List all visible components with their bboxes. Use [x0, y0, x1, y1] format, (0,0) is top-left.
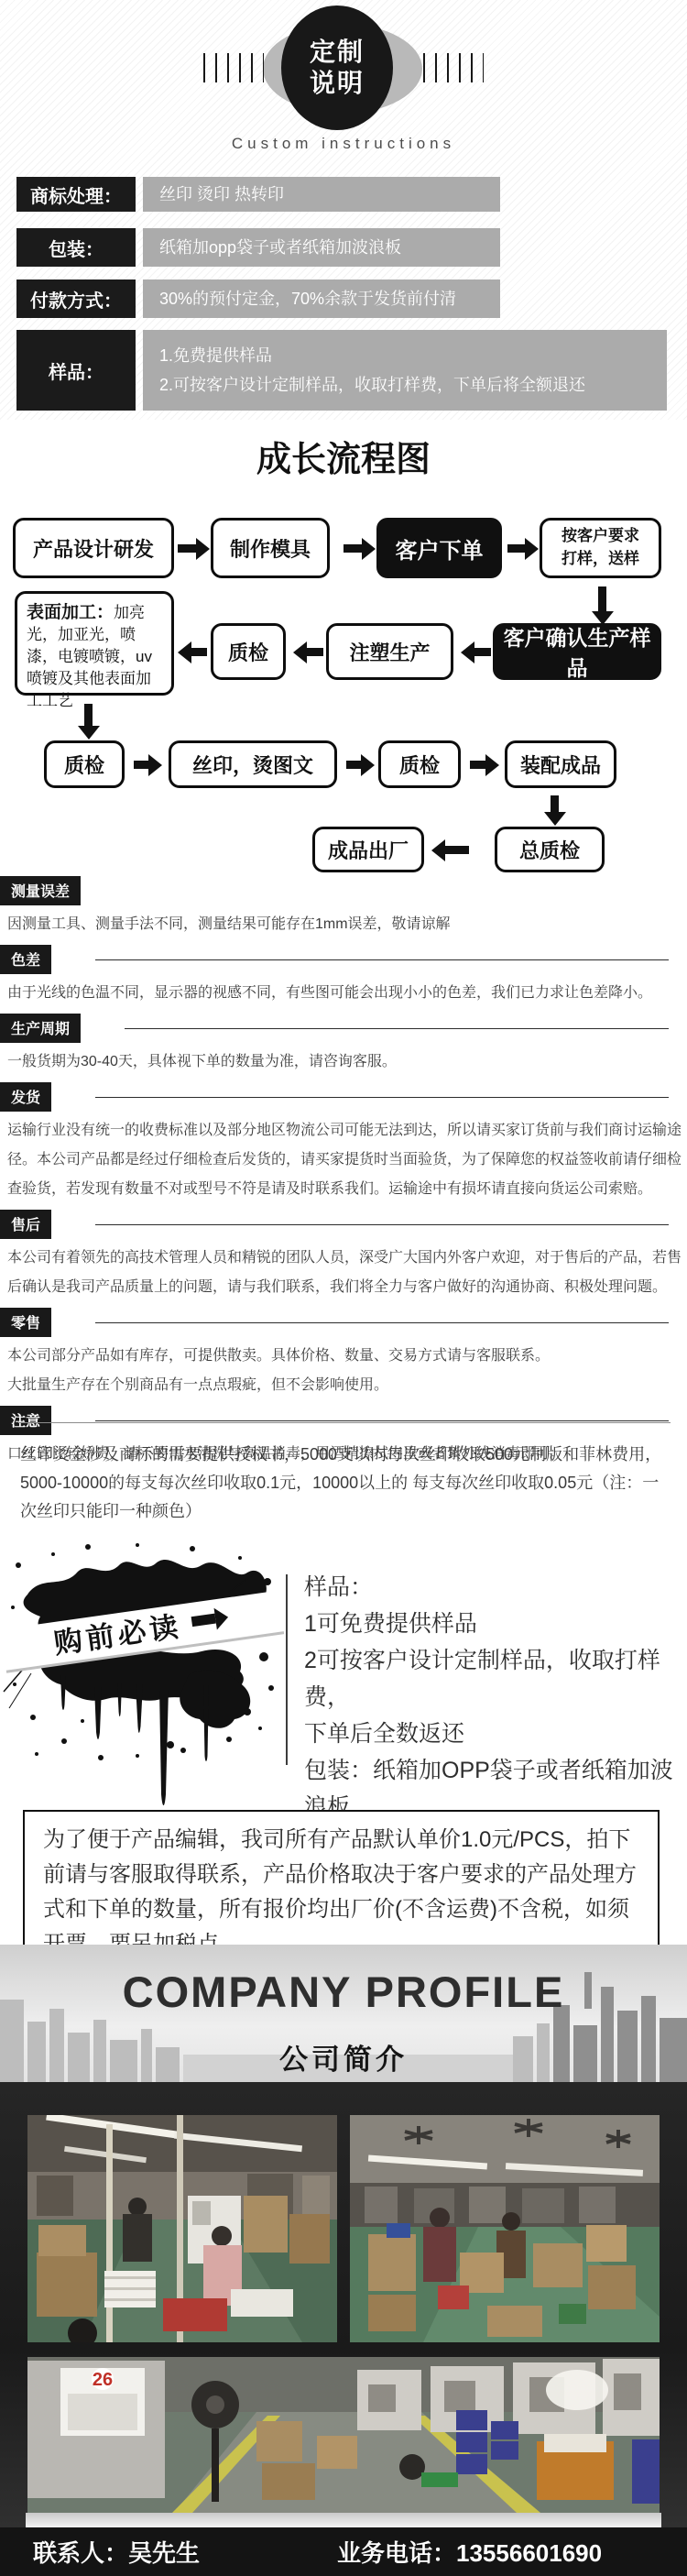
section-aftersale: 售后 本公司有着领先的高技术管理人员和精锐的团队人员，深受广大国内外客户欢迎，对…	[0, 1210, 687, 1302]
flow-node-mold: 制作模具	[211, 518, 330, 578]
vertical-divider	[286, 1574, 288, 1765]
arrow-down-icon	[84, 704, 93, 726]
flow-node-assemble: 装配成品	[505, 740, 616, 788]
product-detail-page: 定制 说明 Custom instructions 商标处理： 丝印 烫印 热转…	[0, 0, 687, 2576]
company-profile-banner: COMPANY PROFILE 公司简介	[0, 1945, 687, 2094]
spec-row-sample: 样品： 1.免费提供样品 2.可按客户设计定制样品，收取打样费，下单后将全额退还	[16, 330, 667, 411]
section-rule	[125, 891, 669, 892]
section-title: 测量误差	[0, 876, 81, 905]
section-body: 本公司部分产品如有库存，可提供散卖。具体价格、数量、交易方式请与客服联系。 大批…	[7, 1342, 687, 1400]
section-measure: 测量误差 因测量工具、测量手法不同，测量结果可能存在1mm误差，敬请谅解	[0, 876, 687, 939]
section-rule	[95, 1097, 669, 1098]
section-body: 运输行业没有统一的收费标准以及部分地区物流公司可能无法到达，所以请买家订货前与我…	[7, 1116, 687, 1204]
silk-print-fee-note: 丝印烫金涉及商标的需要提供授权书，5000支以内每次丝印收取500元制版和菲林费…	[20, 1441, 671, 1526]
notice-sections: 测量误差 因测量工具、测量手法不同，测量结果可能存在1mm误差，敬请谅解 色差 …	[0, 876, 687, 1474]
section-title: 发货	[0, 1082, 51, 1112]
arrow-left-icon	[191, 648, 207, 656]
section-retail: 零售 本公司部分产品如有库存，可提供散卖。具体价格、数量、交易方式请与客服联系。…	[0, 1308, 687, 1400]
section-title: 注意	[0, 1406, 51, 1435]
section-rule	[95, 1322, 669, 1323]
arrow-right-icon	[191, 1614, 216, 1628]
spec-label: 付款方式：	[16, 280, 136, 318]
arrow-left-icon	[307, 648, 323, 656]
flow-node-final-qc: 总质检	[495, 827, 605, 872]
factory-photos-frame: 26	[0, 2082, 687, 2527]
company-profile-subtitle: 公司简介	[0, 2036, 687, 2077]
arrow-right-icon	[343, 544, 362, 553]
company-profile-title: COMPANY PROFILE	[0, 1967, 687, 2017]
flowchart-title: 成长流程图	[0, 431, 687, 481]
custom-instructions-hero: 定制 说明 Custom instructions 商标处理： 丝印 烫印 热转…	[0, 0, 687, 420]
factory-photo-assembly	[350, 2115, 660, 2342]
barcode-left-icon	[203, 53, 264, 82]
price-notice-text: 为了便于产品编辑，我司所有产品默认单价1.0元/PCS，拍下前请与客服取得联系，…	[43, 1823, 639, 1962]
arrow-right-icon	[178, 544, 196, 553]
spec-value: 1.免费提供样品 2.可按客户设计定制样品，收取打样费，下单后将全额退还	[143, 330, 667, 411]
spec-value: 30%的预付定金，70%余款于发货前付清	[143, 280, 500, 318]
contact-phone: 业务电话：13556601690	[337, 2535, 602, 2569]
frame-bottom-strip	[26, 2513, 661, 2527]
flow-node-design: 产品设计研发	[13, 518, 174, 578]
flow-node-injection: 注塑生产	[326, 623, 453, 680]
spec-label: 商标处理：	[16, 177, 136, 212]
spec-value: 纸箱加opp袋子或者纸箱加波浪板	[143, 228, 500, 267]
spec-label: 包装：	[16, 228, 136, 267]
section-cycle: 生产周期 一般货期为30-40天，具体视下单的数量为准，请咨询客服。	[0, 1014, 687, 1077]
section-shipping: 发货 运输行业没有统一的收费标准以及部分地区物流公司可能无法到达，所以请买家订货…	[0, 1082, 687, 1204]
section-rule	[95, 1420, 669, 1421]
flow-node-print: 丝印，烫图文	[169, 740, 337, 788]
badge-subtitle: Custom instructions	[0, 135, 687, 153]
contact-person: 联系人：吴先生	[33, 2535, 200, 2569]
arrow-down-icon	[598, 586, 606, 611]
spec-row-packaging: 包装： 纸箱加opp袋子或者纸箱加波浪板	[16, 228, 500, 267]
flow-node-qc1: 质检	[211, 623, 286, 680]
spec-row-payment: 付款方式： 30%的预付定金，70%余款于发货前付清	[16, 280, 500, 318]
section-rule	[125, 1028, 669, 1029]
barcode-right-icon	[423, 53, 484, 82]
section-title: 生产周期	[0, 1014, 81, 1043]
section-rule	[95, 959, 669, 960]
machine-number-sign: 26	[93, 2370, 113, 2390]
contact-bar: 联系人：吴先生 业务电话：13556601690	[0, 2527, 687, 2576]
arrow-right-icon	[507, 544, 525, 553]
section-body: 一般货期为30-40天，具体视下单的数量为准，请咨询客服。	[7, 1047, 687, 1077]
section-body: 因测量工具、测量手法不同，测量结果可能存在1mm误差，敬请谅解	[7, 910, 687, 939]
badge-text-line2: 说明	[310, 68, 365, 99]
arrow-left-icon	[445, 846, 469, 854]
flow-node-qc3: 质检	[378, 740, 461, 788]
section-title: 售后	[0, 1210, 51, 1239]
section-body: 由于光线的色温不同，显示器的视感不同，有些图可能会出现小小的色差，我们已力求让色…	[7, 979, 687, 1008]
factory-photo-machines: 26	[27, 2357, 660, 2513]
section-color: 色差 由于光线的色温不同，显示器的视感不同，有些图可能会出现小小的色差，我们已力…	[0, 945, 687, 1008]
spec-value: 丝印 烫印 热转印	[143, 177, 500, 212]
arrow-right-icon	[346, 761, 361, 769]
ink-splatter-graphic	[0, 1538, 295, 1813]
section-body: 本公司有着领先的高技术管理人员和精锐的团队人员，深受广大国内外客户欢迎，对于售后…	[7, 1244, 687, 1302]
factory-photo-workbench	[27, 2115, 337, 2342]
flow-node-qc2: 质检	[44, 740, 125, 788]
flow-node-confirm: 客户确认生产样品	[493, 623, 661, 680]
pre-purchase-details: 样品： 1可免费提供样品 2可按客户设计定制样品，收取打样费， 下单后全数返还 …	[304, 1569, 682, 1825]
section-title: 色差	[0, 945, 51, 974]
arrow-right-icon	[134, 761, 148, 769]
arrow-down-icon	[551, 795, 559, 812]
arrow-right-icon	[470, 761, 485, 769]
surface-label: 表面加工：	[27, 603, 114, 622]
spec-row-trademark: 商标处理： 丝印 烫印 热转印	[16, 177, 500, 212]
production-flowchart: 产品设计研发 制作模具 客户下单 按客户要求 打样，送样 客户确认生产样品 注塑…	[0, 495, 687, 878]
horizontal-divider	[18, 1422, 671, 1423]
section-rule	[95, 1224, 669, 1225]
flow-node-order: 客户下单	[376, 518, 502, 578]
badge-text-line1: 定制	[310, 37, 365, 68]
flow-node-surface: 表面加工：加亮光，加亚光，喷漆，电镀喷镀，uv喷镀及其他表面加工工艺	[15, 591, 174, 696]
flow-node-ship: 成品出厂	[312, 827, 424, 872]
custom-badge: 定制 说明	[281, 5, 393, 130]
arrow-left-icon	[474, 648, 491, 656]
section-title: 零售	[0, 1308, 51, 1337]
spec-label: 样品：	[16, 330, 136, 411]
flow-node-sample: 按客户要求 打样，送样	[540, 518, 661, 578]
